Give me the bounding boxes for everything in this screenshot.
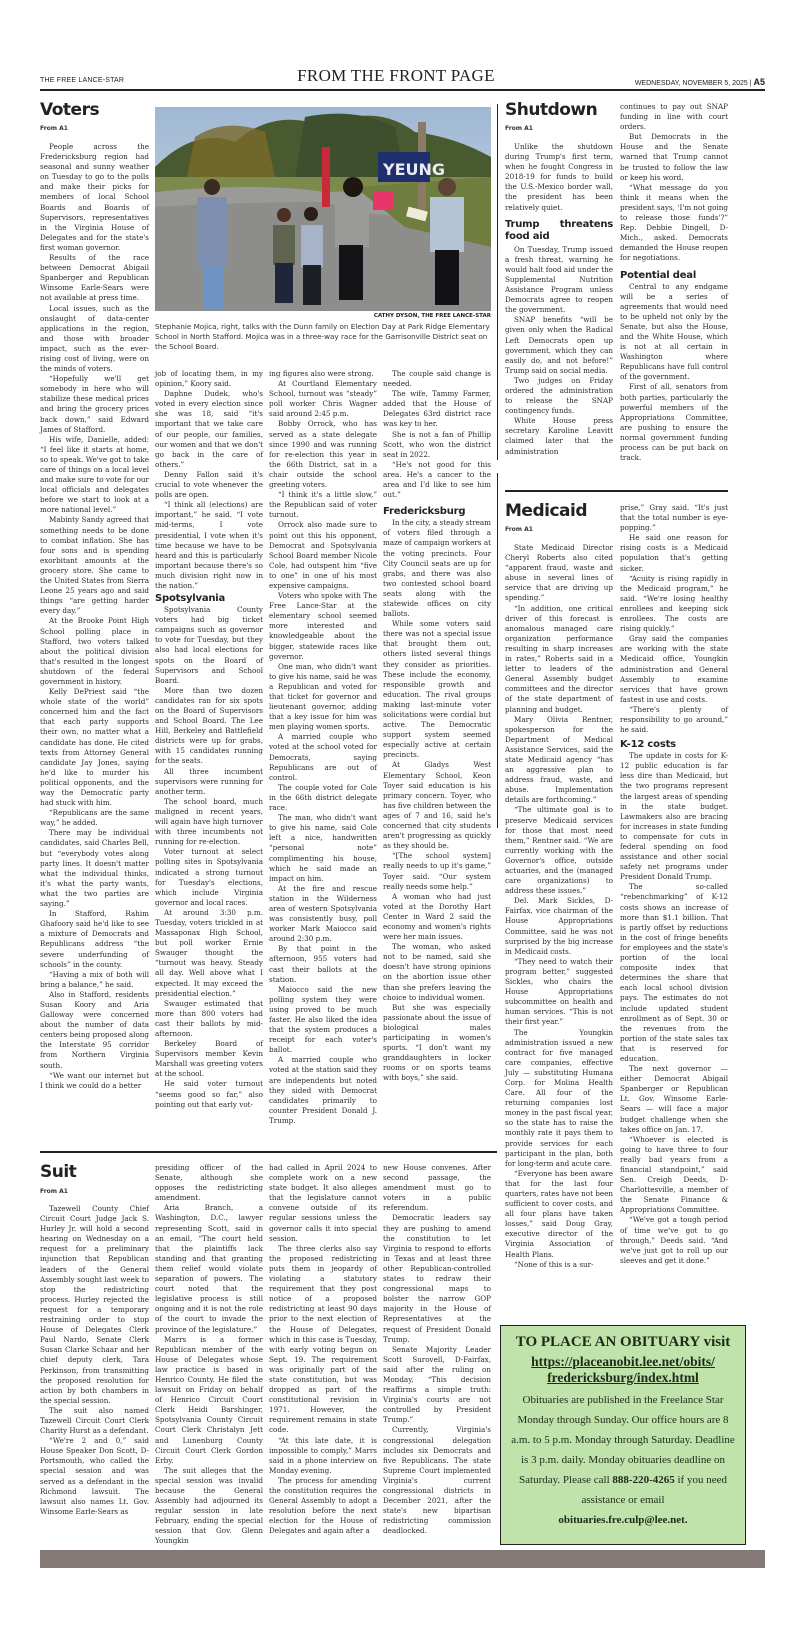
obituary-ad-title: TO PLACE AN OBITUARY visit — [501, 1334, 745, 1351]
column-divider — [497, 104, 498, 460]
shutdown-headline: Shutdown — [505, 100, 597, 120]
shutdown-column-1: Unlike the shutdown during Trump's first… — [505, 142, 613, 457]
photo-credit: CATHY DYSON, THE FREE LANCE-STAR — [155, 313, 491, 319]
shutdown-jump: From A1 — [505, 125, 533, 132]
suit-headline: Suit — [40, 1162, 76, 1182]
medicaid-headline: Medicaid — [505, 501, 587, 521]
medicaid-column-2: prise,” Gray said. “It's just that the t… — [620, 503, 728, 1266]
photo-caption: Stephanie Mojica, right, talks with the … — [155, 322, 491, 352]
suit-column-3: had called in April 2024 to complete wor… — [269, 1163, 377, 1536]
voters-column-2: job of locating them, in my opinion,” Ko… — [155, 369, 263, 1110]
obituary-ad-link[interactable]: https://placeanobit.lee.net/obits/ frede… — [501, 1354, 745, 1386]
medicaid-column-1: State Medicaid Director Cheryl Roberts a… — [505, 543, 613, 1270]
voters-column-4: The couple said change is needed.The wif… — [383, 369, 491, 1083]
issue-date: WEDNESDAY, NOVEMBER 5, 2025 — [635, 80, 748, 87]
obituary-url-line-1[interactable]: https://placeanobit.lee.net/obits/ — [501, 1354, 745, 1370]
voters-headline: Voters — [40, 100, 99, 120]
subhead-potential-deal: Potential deal — [620, 270, 728, 282]
voters-column-1: People across the Fredericksburg region … — [40, 142, 149, 1091]
column-divider-lower — [497, 473, 498, 828]
subhead-food-aid: Trump threatens food aid — [505, 219, 613, 243]
page-number: A5 — [753, 77, 765, 87]
obituary-ad-body: Obituaries are published in the Freelanc… — [501, 1390, 745, 1530]
masthead-rule — [40, 89, 765, 91]
section-rule-suit — [40, 1151, 497, 1153]
footer-bar — [40, 1550, 765, 1568]
obituary-ad-text: Obituaries are published in the Freelanc… — [511, 1394, 735, 1486]
photo-illustration: YEUNG — [155, 107, 491, 311]
voters-column-3: ing figures also were strong.At Courtlan… — [269, 369, 377, 1126]
voters-jump: From A1 — [40, 125, 68, 132]
section-rule-medicaid — [505, 490, 728, 492]
subhead-spotsylvania: Spotsylvania — [155, 593, 263, 605]
subhead-k12-costs: K-12 costs — [620, 739, 728, 751]
medicaid-jump: From A1 — [505, 526, 533, 533]
date-page: WEDNESDAY, NOVEMBER 5, 2025 | A5 — [635, 77, 765, 87]
obituary-url-line-2[interactable]: fredericksburg/index.html — [501, 1370, 745, 1386]
suit-jump: From A1 — [40, 1188, 68, 1195]
suit-column-1: Tazewell County Chief Circuit Court Judg… — [40, 1204, 149, 1517]
obituary-phone[interactable]: 888-220-4265 — [612, 1474, 674, 1486]
campaign-sign-text: YEUNG — [382, 160, 445, 179]
obituary-email[interactable]: obituaries.fre.culp@lee.net. — [558, 1514, 687, 1526]
shutdown-column-2: continues to pay out SNAP funding in lin… — [620, 102, 728, 463]
suit-column-4: new House convenes. After second passage… — [383, 1163, 491, 1536]
election-day-photo: YEUNG — [155, 107, 491, 311]
obituary-ad: TO PLACE AN OBITUARY visit https://place… — [500, 1325, 746, 1545]
subhead-fredericksburg: Fredericksburg — [383, 506, 491, 518]
suit-column-2: presiding officer of the Senate, althoug… — [155, 1163, 263, 1547]
